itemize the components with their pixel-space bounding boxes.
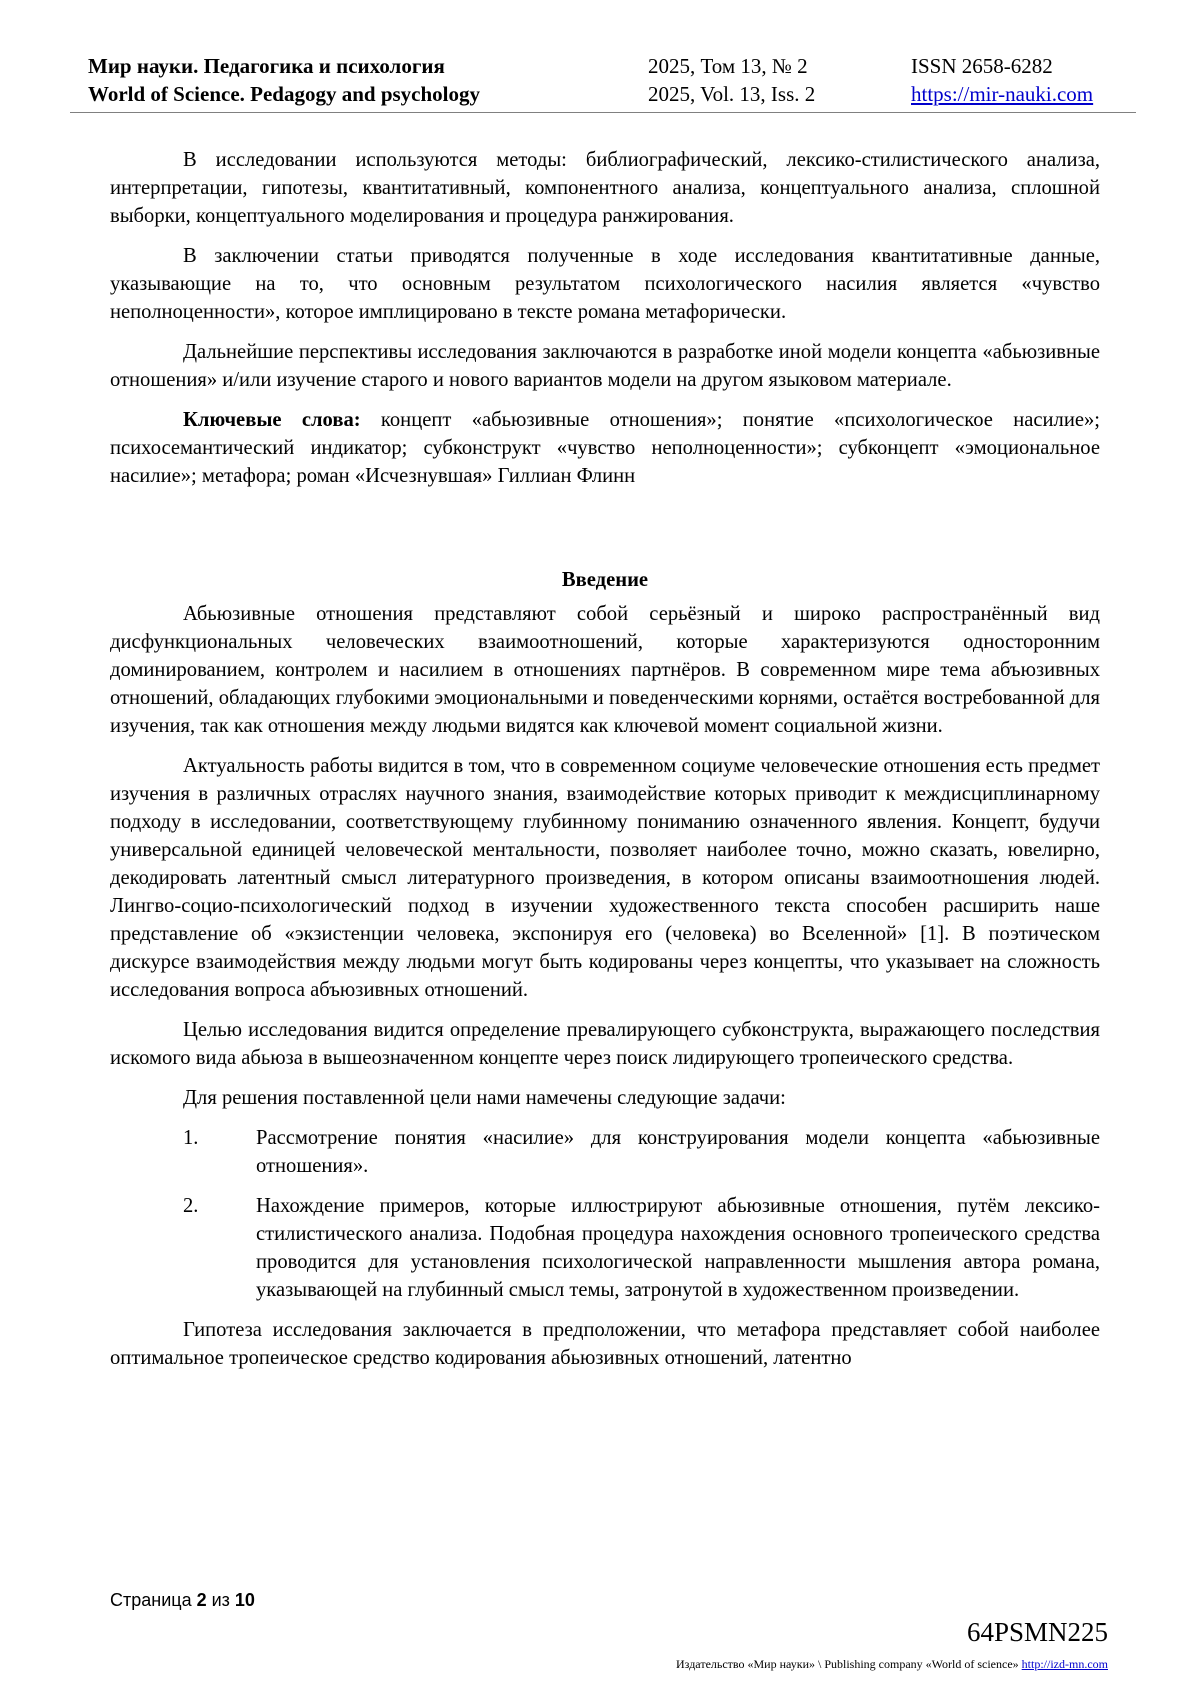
issn-block: ISSN 2658-6282 https://mir-nauki.com — [911, 52, 1093, 108]
page-prefix: Страница — [110, 1590, 197, 1610]
intro-paragraph-relevance: Актуальность работы видится в том, что в… — [110, 752, 1100, 1004]
article-code: 64PSMN225 — [967, 1617, 1108, 1648]
keywords-paragraph: Ключевые слова: концепт «абьюзивные отно… — [110, 406, 1100, 490]
publisher-name: Издательство «Мир науки» \ Publishing co… — [676, 1657, 1022, 1671]
issue-en: 2025, Vol. 13, Iss. 2 — [648, 80, 815, 108]
list-item-number: 1. — [110, 1124, 256, 1180]
tasks-list: 1. Рассмотрение понятия «насилие» для ко… — [110, 1124, 1100, 1304]
intro-paragraph-1: Абьюзивные отношения представляют собой … — [110, 600, 1100, 740]
abstract-perspectives-paragraph: Дальнейшие перспективы исследования закл… — [110, 338, 1100, 394]
abstract-conclusion-paragraph: В заключении статьи приводятся полученны… — [110, 242, 1100, 326]
issn: ISSN 2658-6282 — [911, 52, 1093, 80]
journal-title-ru: Мир науки. Педагогика и психология — [88, 52, 480, 80]
list-item-text: Рассмотрение понятия «насилие» для конст… — [256, 1124, 1100, 1180]
abstract-methods-paragraph: В исследовании используются методы: библ… — [110, 146, 1100, 230]
intro-paragraph-goal: Целью исследования видится определение п… — [110, 1016, 1100, 1072]
list-item: 1. Рассмотрение понятия «насилие» для ко… — [110, 1124, 1100, 1180]
header-divider — [70, 112, 1136, 113]
journal-title-en: World of Science. Pedagogy and psycholog… — [88, 80, 480, 108]
page-total: 10 — [235, 1590, 255, 1610]
list-item-number: 2. — [110, 1192, 256, 1304]
intro-paragraph-hypothesis: Гипотеза исследования заключается в пред… — [110, 1316, 1100, 1372]
article-body: В исследовании используются методы: библ… — [110, 146, 1100, 1384]
list-item-text: Нахождение примеров, которые иллюстрирую… — [256, 1192, 1100, 1304]
journal-title: Мир науки. Педагогика и психология World… — [88, 52, 480, 108]
issue-info: 2025, Том 13, № 2 2025, Vol. 13, Iss. 2 — [648, 52, 815, 108]
publisher-line: Издательство «Мир науки» \ Publishing co… — [676, 1657, 1108, 1672]
page-number: Страница 2 из 10 — [110, 1590, 255, 1611]
page-current: 2 — [197, 1590, 207, 1610]
section-heading-introduction: Введение — [110, 566, 1100, 594]
list-item: 2. Нахождение примеров, которые иллюстри… — [110, 1192, 1100, 1304]
publisher-url-link[interactable]: http://izd-mn.com — [1022, 1657, 1108, 1671]
page-separator: из — [207, 1590, 235, 1610]
issue-ru: 2025, Том 13, № 2 — [648, 52, 815, 80]
journal-url-link[interactable]: https://mir-nauki.com — [911, 82, 1093, 106]
keywords-label: Ключевые слова: — [183, 409, 361, 431]
intro-paragraph-tasks-lead: Для решения поставленной цели нами намеч… — [110, 1084, 1100, 1112]
